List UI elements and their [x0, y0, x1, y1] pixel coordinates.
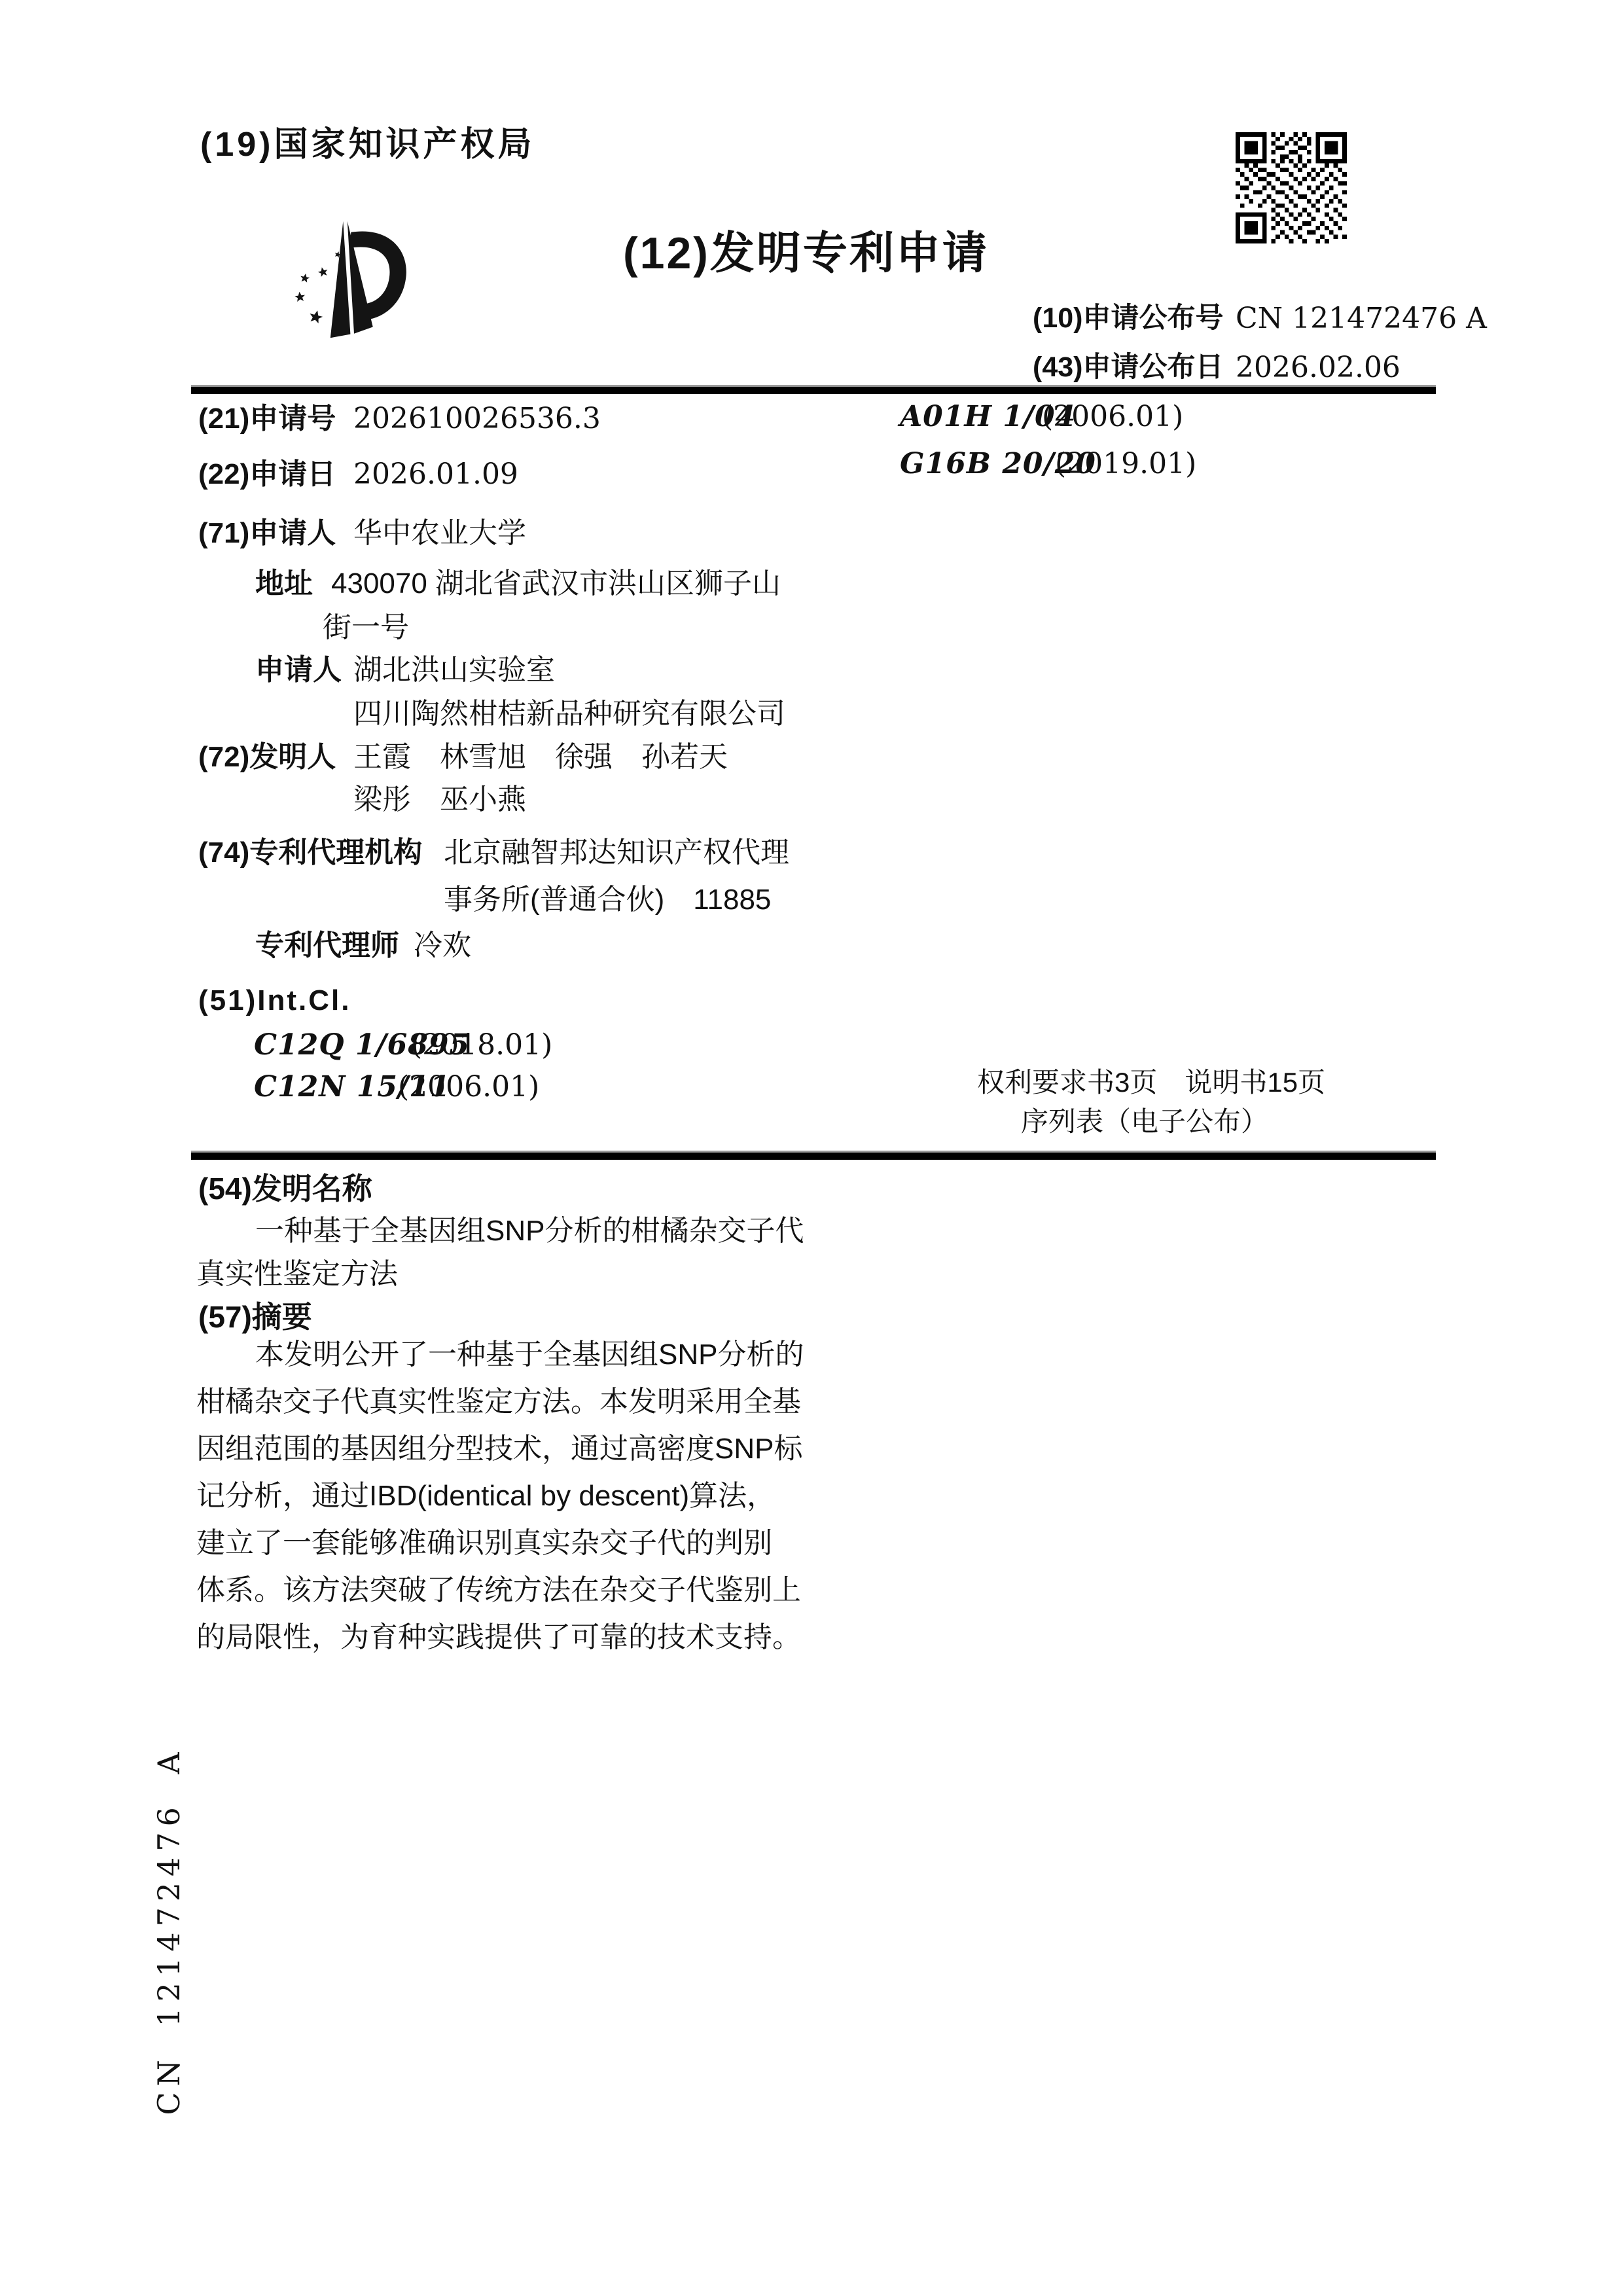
applicant-3: 四川陶然柑桔新品种研究有限公司	[353, 698, 785, 731]
abstract-label: (57)摘要	[198, 1300, 312, 1335]
header-divider	[191, 385, 1436, 394]
applicant-label: (71)申请人	[198, 517, 336, 550]
ipc3-version: (2006.01)	[1042, 401, 1183, 434]
doc-type-title: (12)发明专利申请	[623, 228, 989, 279]
address-continuation-row: 街一号	[0, 611, 1623, 651]
agent-row: 专利代理师 冷欢	[0, 929, 1623, 969]
intcl-label: (51)Int.Cl.	[198, 984, 351, 1018]
invention-title-line-2: 真实性鉴定方法	[196, 1258, 398, 1291]
applicant2-label: 申请人	[255, 654, 342, 687]
ipc1-version: (2018.01)	[411, 1029, 552, 1062]
ipc-row-1: C12Q 1/6895 (2018.01)	[0, 1029, 1623, 1068]
address-label: 地址	[255, 567, 313, 601]
publication-date-value: 2026.02.06	[1236, 351, 1400, 385]
ipc-row-3: A01H 1/04 (2006.01)	[0, 401, 1623, 440]
agency-line-1: 北京融智邦达知识产权代理	[444, 836, 789, 870]
abstract-line-1: 本发明公开了一种基于全基因组SNP分析的	[255, 1338, 804, 1372]
abstract-line-3: 因组范围的基因组分型技术，通过高密度SNP标	[196, 1432, 802, 1467]
qr-code-graphic	[1236, 132, 1347, 243]
abstract-line-2: 柑橘杂交子代真实性鉴定方法。本发明采用全基	[196, 1385, 801, 1420]
address-row: 地址 430070 湖北省武汉市洪山区狮子山	[0, 567, 1623, 607]
agent-name: 冷欢	[414, 929, 471, 963]
body-divider	[191, 1151, 1436, 1160]
pages-info-row: 权利要求书3页 说明书15页	[0, 1067, 1623, 1106]
agent-label: 专利代理师	[255, 929, 399, 963]
pages-info: 权利要求书3页 说明书15页	[977, 1067, 1325, 1098]
office-title: (19)国家知识产权局	[200, 126, 535, 165]
inventors-row: (72)发明人 王霞 林雪旭 徐强 孙若天	[0, 741, 1623, 780]
invention-title-label: (54)发明名称	[198, 1172, 372, 1206]
abstract-line-5: 建立了一套能够准确识别真实杂交子代的判别	[196, 1526, 772, 1561]
publication-date-label: (43)申请公布日	[1033, 351, 1223, 384]
publication-number-row: (10)申请公布号 CN 121472476 A	[0, 302, 1623, 342]
inventors-label: (72)发明人	[198, 741, 336, 774]
applicant-2: 湖北洪山实验室	[353, 654, 555, 687]
applicant2-row: 申请人 湖北洪山实验室	[0, 654, 1623, 693]
side-publication-code: CN 121472476 A	[151, 1746, 187, 2115]
abstract-line-7: 的局限性，为育种实践提供了可靠的技术支持。	[196, 1621, 801, 1655]
inventors-line-1: 王霞 林雪旭 徐强 孙若天	[353, 741, 728, 774]
invention-title-line-1: 一种基于全基因组SNP分析的柑橘杂交子代	[255, 1215, 804, 1248]
abstract-line-6: 体系。该方法突破了传统方法在杂交子代鉴别上	[196, 1573, 801, 1608]
patent-front-page: (19)国家知识产权局 (12)发明专利申请	[0, 0, 1623, 2296]
sequence-info-row: 序列表（电子公布）	[0, 1106, 1623, 1145]
inventors-line-2: 梁彤 巫小燕	[353, 783, 526, 817]
ipc4-version: (2019.01)	[1055, 448, 1196, 481]
address-line-1: 430070 湖北省武汉市洪山区狮子山	[331, 567, 781, 601]
abstract-line-4: 记分析，通过IBD(identical by descent)算法，	[196, 1479, 776, 1514]
agency-continuation-row: 事务所(普通合伙) 11885	[0, 884, 1623, 923]
applicant3-row: 四川陶然柑桔新品种研究有限公司	[0, 698, 1623, 737]
agency-label: (74)专利代理机构	[198, 836, 422, 870]
applicant-row: (71)申请人 华中农业大学	[0, 517, 1623, 556]
applicant-1: 华中农业大学	[353, 517, 526, 550]
publication-number-value: CN 121472476 A	[1236, 302, 1487, 336]
inventors-continuation-row: 梁彤 巫小燕	[0, 783, 1623, 823]
agency-row: (74)专利代理机构 北京融智邦达知识产权代理	[0, 836, 1623, 876]
address-line-2: 街一号	[323, 611, 409, 645]
intcl-row: (51)Int.Cl.	[0, 984, 1623, 1024]
publication-number-label: (10)申请公布号	[1033, 302, 1223, 334]
qr-code	[1236, 132, 1347, 243]
agency-line-2: 事务所(普通合伙) 11885	[444, 884, 771, 917]
sequence-info: 序列表（电子公布）	[1021, 1106, 1268, 1138]
ipc-row-4: G16B 20/20 (2019.01)	[0, 448, 1623, 487]
